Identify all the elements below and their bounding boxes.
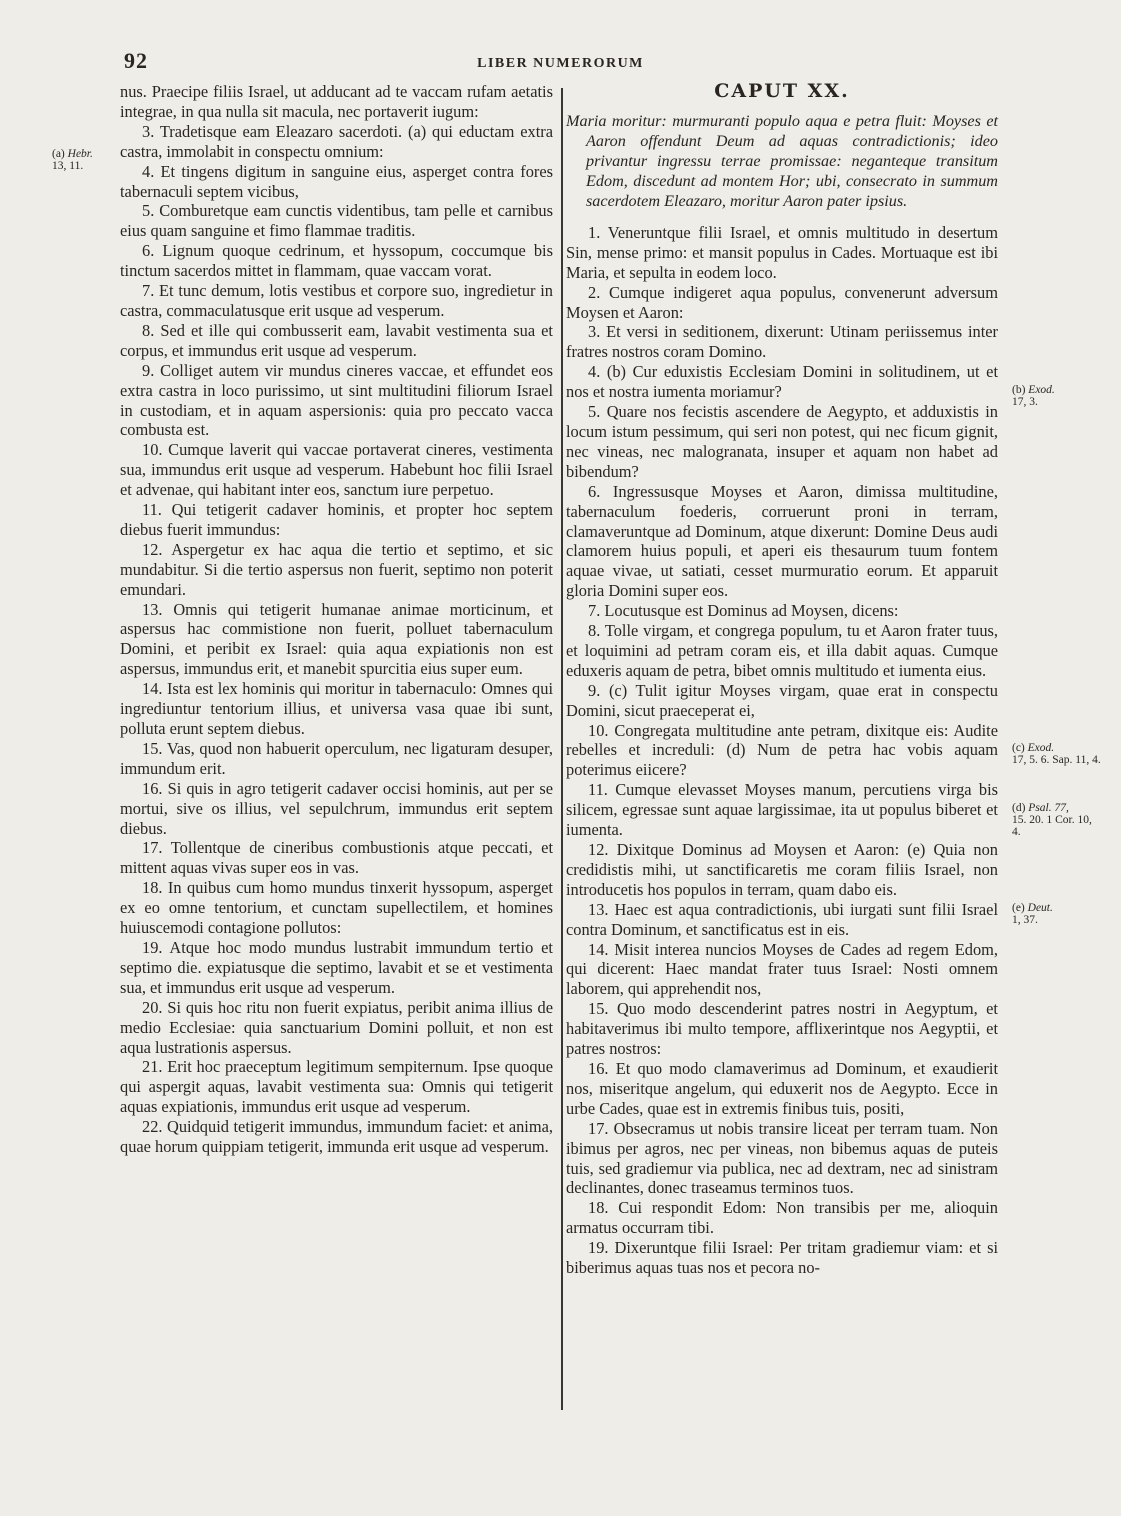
verse: 15. Vas, quod non habuerit operculum, ne… (120, 739, 553, 779)
verse: 6. Lignum quoque cedrinum, et hyssopum, … (120, 241, 553, 281)
verse: 9. Colliget autem vir mundus cineres vac… (120, 361, 553, 441)
verse: 8. Tolle virgam, et congrega populum, tu… (566, 621, 998, 681)
verse: 3. Et versi in seditionem, dixerunt: Uti… (566, 322, 998, 362)
verse: 18. In quibus cum homo mundus tinxerit h… (120, 878, 553, 938)
verse: 18. Cui respondit Edom: Non transibis pe… (566, 1198, 998, 1238)
verse: 20. Si quis hoc ritu non fuerit expiatus… (120, 998, 553, 1058)
margin-note-c: (c) Exod. 17, 5. 6. Sap. 11, 4. (1012, 742, 1102, 766)
verse: nus. Praecipe filiis Israel, ut adducant… (120, 82, 553, 122)
margin-note-b: (b) Exod. 17, 3. (1012, 384, 1102, 408)
verse: 12. Dixitque Dominus ad Moysen et Aaron:… (566, 840, 998, 900)
verse: 4. (b) Cur eduxistis Ecclesiam Domini in… (566, 362, 998, 402)
verse: 13. Omnis qui tetigerit humanae animae m… (120, 600, 553, 680)
verse: 9. (c) Tulit igitur Moyses virgam, quae … (566, 681, 998, 721)
left-column: nus. Praecipe filiis Israel, ut adducant… (120, 82, 553, 1157)
verse: 15. Quo modo descenderint patres nostri … (566, 999, 998, 1059)
verse: 5. Comburetque eam cunctis videntibus, t… (120, 201, 553, 241)
verse: 2. Cumque indigeret aqua populus, conven… (566, 283, 998, 323)
verse: 3. Tradetisque eam Eleazaro sacerdoti. (… (120, 122, 553, 162)
verse: 14. Ista est lex hominis qui moritur in … (120, 679, 553, 739)
right-verses: 1. Veneruntque filii Israel, et omnis mu… (566, 223, 998, 1278)
book-page: 92 LIBER NUMERORUM nus. Praecipe filiis … (0, 0, 1121, 1516)
verse: 11. Cumque elevasset Moyses manum, percu… (566, 780, 998, 840)
verse: 10. Congregata multitudine ante petram, … (566, 721, 998, 781)
verse: 11. Qui tetigerit cadaver hominis, et pr… (120, 500, 553, 540)
verse: 6. Ingressusque Moyses et Aaron, dimissa… (566, 482, 998, 601)
verse: 16. Si quis in agro tetigerit cadaver oc… (120, 779, 553, 839)
verse: 16. Et quo modo clamaverimus ad Dominum,… (566, 1059, 998, 1119)
verse: 10. Cumque laverit qui vaccae portaverat… (120, 440, 553, 500)
verse: 8. Sed et ille qui combusserit eam, lava… (120, 321, 553, 361)
verse: 17. Tollentque de cineribus combustionis… (120, 838, 553, 878)
verse: 4. Et tingens digitum in sanguine eius, … (120, 162, 553, 202)
verse: 13. Haec est aqua contradictionis, ubi i… (566, 900, 998, 940)
chapter-title: CAPUT XX. (566, 82, 998, 102)
margin-note-e: (e) Deut. 1, 37. (1012, 902, 1102, 926)
verse: 19. Atque hoc modo mundus lustrabit immu… (120, 938, 553, 998)
running-head: LIBER NUMERORUM (0, 56, 1121, 72)
verse: 7. Et tunc demum, lotis vestibus et corp… (120, 281, 553, 321)
verse: 19. Dixeruntque filii Israel: Per tritam… (566, 1238, 998, 1278)
verse: 17. Obsecramus ut nobis transire liceat … (566, 1119, 998, 1199)
verse: 22. Quidquid tetigerit immundus, immundu… (120, 1117, 553, 1157)
right-column: CAPUT XX. Maria moritur: murmuranti popu… (566, 82, 998, 1278)
verse: 12. Aspergetur ex hac aqua die tertio et… (120, 540, 553, 600)
verse: 7. Locutusque est Dominus ad Moysen, dic… (566, 601, 998, 621)
verse: 21. Erit hoc praeceptum legitimum sempit… (120, 1057, 553, 1117)
margin-note-a: (a) Hebr. 13, 11. (52, 148, 122, 172)
verse: 1. Veneruntque filii Israel, et omnis mu… (566, 223, 998, 283)
verse: 14. Misit interea nuncios Moyses de Cade… (566, 940, 998, 1000)
column-divider (561, 88, 563, 1410)
margin-note-d: (d) Psal. 77, 15. 20. 1 Cor. 10, 4. (1012, 802, 1102, 838)
chapter-summary: Maria moritur: murmuranti populo aqua e … (566, 111, 998, 211)
verse: 5. Quare nos fecistis ascendere de Aegyp… (566, 402, 998, 482)
